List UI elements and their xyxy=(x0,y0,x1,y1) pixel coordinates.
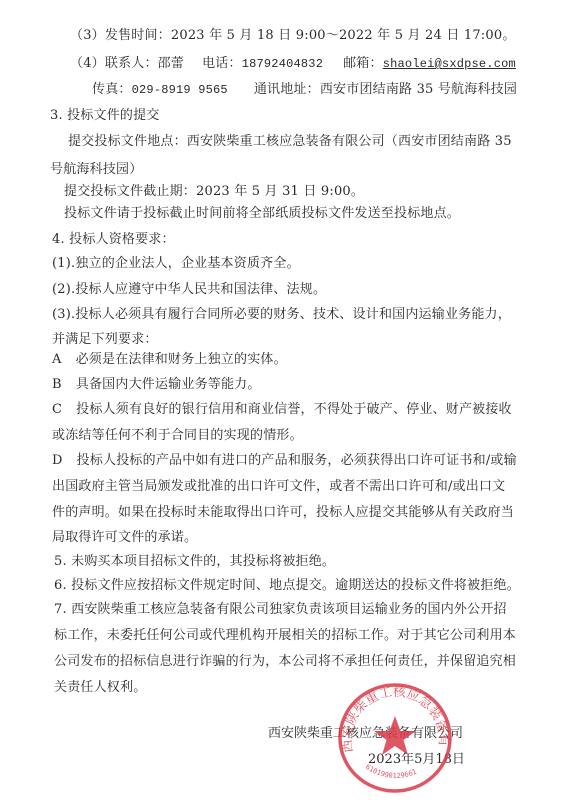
phone-label: 电话： xyxy=(202,56,242,71)
submission-location-line2: 号航海科技园） xyxy=(50,162,142,178)
sale-time-label: （3）发售时间： xyxy=(70,28,171,43)
requirement-d-continuation-1: 出国政府主管当局颁发或批准的出口许可文件，或者不需出口许可和/或出口文 xyxy=(52,479,505,495)
qualification-item-1: (1).独立的企业法人，企业基本资质齐全。 xyxy=(52,256,300,272)
section6: 6. 投标文件应按招标文件规定时间、地点提交。逾期送达的投标文件将被拒绝。 xyxy=(54,578,520,594)
contact-label: （4）联系人： xyxy=(70,56,158,71)
requirement-text: 投标人投标的产品中如有进口的产品和服务，必须获得出口许可证书和/或输 xyxy=(77,453,517,468)
section5: 5. 未购买本项目招标文件的，其投标将被拒绝。 xyxy=(54,554,335,570)
address-value: 西安市团结南路 35 号航海科技园 xyxy=(320,82,517,97)
requirement-letter: D xyxy=(52,453,63,468)
section4-heading: 4. 投标人资格要求： xyxy=(52,232,175,248)
sale-time-line: （3）发售时间：2023 年 5 月 18 日 9:00～2022 年 5 月 … xyxy=(70,28,516,44)
svg-text:西安陕柴重工核应急装备有限公司: 西安陕柴重工核应急装备有限公司 xyxy=(335,680,450,754)
requirement-text: 必须是在法律和财务上独立的实体。 xyxy=(76,352,287,367)
phone-value: 18792404832 xyxy=(242,57,323,71)
email-link[interactable]: shaolei@sxdpse.com xyxy=(383,57,516,71)
submission-deadline: 提交投标文件截止期：2023 年 5 月 31 日 9:00。 xyxy=(64,184,364,200)
requirement-letter: C xyxy=(52,402,62,417)
requirement-text: 具备国内大件运输业务等能力。 xyxy=(76,377,261,392)
seal-arc-text: 西安陕柴重工核应急装备有限公司 xyxy=(335,680,450,754)
requirement-b: B具备国内大件运输业务等能力。 xyxy=(52,377,261,393)
section7-line1: 7. 西安陕柴重工核应急装备有限公司独家负责该项目运输业务的国内外公开招 xyxy=(54,602,507,618)
email-label: 邮箱： xyxy=(343,56,383,71)
address-label: 通讯地址： xyxy=(254,82,320,97)
fax-label: 传真： xyxy=(92,82,132,97)
fax-value: 029-8919 9565 xyxy=(132,83,228,97)
signature-company: 西安陕柴重工核应急装备有限公司 xyxy=(268,726,463,742)
requirement-c: C投标人须有良好的银行信用和商业信誉，不得处于破产、停业、财产被接收 xyxy=(52,402,512,418)
submission-location-line1: 提交投标文件地点：西安陕柴重工核应急装备有限公司（西安市团结南路 35 xyxy=(68,134,512,150)
section7-line3: 公司发布的招标信息进行诈骗的行为，本公司将不承担任何责任，并保留追究相 xyxy=(54,654,516,670)
fax-address-line: 传真：029-8919 9565通讯地址：西安市团结南路 35 号航海科技园 xyxy=(92,82,517,98)
section7-line2: 标工作，未委托任何公司或代理机构开展相关的招标工作。对于其它公司利用本 xyxy=(54,628,516,644)
sale-time-value: 2023 年 5 月 18 日 9:00～2022 年 5 月 24 日 17:… xyxy=(171,28,516,43)
requirement-text: 投标人须有良好的银行信用和商业信誉，不得处于破产、停业、财产被接收 xyxy=(76,402,512,417)
requirement-letter: B xyxy=(52,377,62,392)
requirement-c-continuation: 或冻结等任何不利于合同目的实现的情形。 xyxy=(52,428,303,444)
requirement-d-continuation-2: 件的声明。如果在投标时未能取得出口许可，投标人应提交其能够从有关政府当 xyxy=(52,505,514,521)
requirement-d: D投标人投标的产品中如有进口的产品和服务，必须获得出口许可证书和/或输 xyxy=(52,453,517,469)
qualification-item-3: (3).投标人必须具有履行合同所必要的财务、技术、设计和国内运输业务能力， xyxy=(52,307,511,323)
section7-line4: 关责任人权利。 xyxy=(54,680,146,696)
submission-note: 投标文件请于投标截止时间前将全部纸质投标文件发送至投标地点。 xyxy=(64,206,460,222)
requirement-letter: A xyxy=(52,352,62,367)
contact-line: （4）联系人：邵蕾电话：18792404832邮箱：shaolei@sxdpse… xyxy=(70,56,516,72)
requirement-a: A必须是在法律和财务上独立的实体。 xyxy=(52,352,287,368)
contact-name: 邵蕾 xyxy=(158,56,184,71)
qualification-continuation: 并满足下列要求： xyxy=(52,332,158,348)
qualification-item-2: (2).投标人应遵守中华人民共和国法律、法规。 xyxy=(52,282,326,298)
signature-date: 2023年5月18日 xyxy=(368,752,465,768)
requirement-d-continuation-3: 局取得许可文件的承诺。 xyxy=(52,530,197,546)
section3-heading: 3. 投标文件的提交 xyxy=(50,108,160,124)
